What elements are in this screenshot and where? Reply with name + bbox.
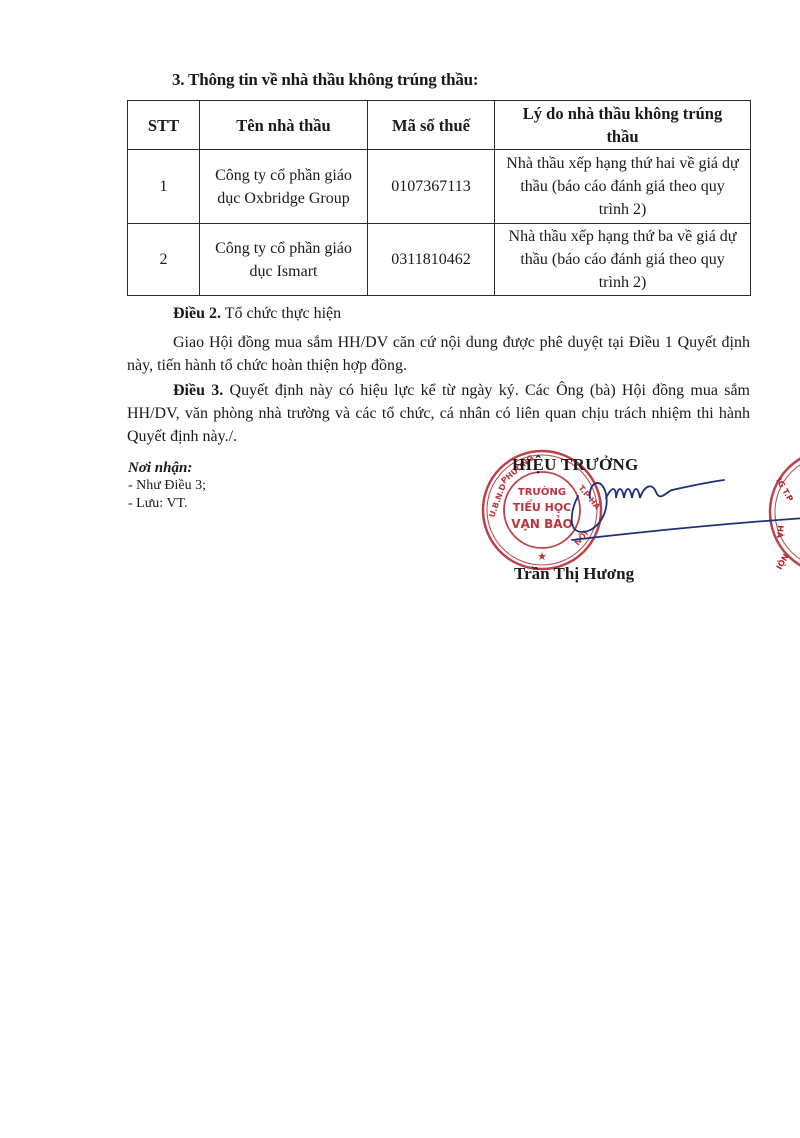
- recipients-block: Nơi nhận: - Như Điều 3; - Lưu: VT.: [128, 459, 206, 513]
- svg-text:NỘI: NỘI: [774, 552, 791, 571]
- table-header-row: STT Tên nhà thầu Mã số thuế Lý do nhà th…: [128, 101, 751, 150]
- unsuccessful-bidders-table: STT Tên nhà thầu Mã số thuế Lý do nhà th…: [127, 100, 751, 296]
- article-2-title: Tổ chức thực hiện: [221, 305, 341, 322]
- article-2-heading: Điều 2. Tổ chức thực hiện: [127, 302, 750, 325]
- cell-tax-code: 0311810462: [368, 224, 495, 296]
- table-row: 1 Công ty cổ phần giáo dục Oxbridge Grou…: [128, 150, 751, 224]
- cell-bidder-name: Công ty cổ phần giáo dục Oxbridge Group: [200, 150, 368, 224]
- svg-text:★: ★: [537, 550, 547, 563]
- header-tax-code: Mã số thuế: [368, 101, 495, 150]
- header-reason: Lý do nhà thầu không trúng thầu: [495, 101, 751, 150]
- stamp-line-1: TRƯỜNG: [518, 485, 566, 498]
- article-3: Điều 3. Quyết định này có hiệu lực kể từ…: [127, 379, 750, 448]
- header-stt: STT: [128, 101, 200, 150]
- cell-stt: 2: [128, 224, 200, 296]
- recipient-item: - Lưu: VT.: [128, 495, 206, 513]
- cell-bidder-name: Công ty cổ phần giáo dục Ismart: [200, 224, 368, 296]
- cell-tax-code: 0107367113: [368, 150, 495, 224]
- signer-name: Trần Thị Hương: [514, 564, 634, 584]
- article-3-label: Điều 3.: [173, 382, 223, 399]
- header-bidder-name: Tên nhà thầu: [200, 101, 368, 150]
- cell-stt: 1: [128, 150, 200, 224]
- recipient-item: - Như Điều 3;: [128, 477, 206, 495]
- article-2-label: Điều 2.: [173, 305, 221, 322]
- table-row: 2 Công ty cổ phần giáo dục Ismart 031181…: [128, 224, 751, 296]
- recipients-title: Nơi nhận:: [128, 459, 206, 477]
- cell-reason: Nhà thầu xếp hạng thứ hai về giá dự thầu…: [495, 150, 751, 224]
- handwritten-signature: [560, 462, 800, 542]
- cell-reason: Nhà thầu xếp hạng thứ ba về giá dự thầu …: [495, 224, 751, 296]
- section-title: 3. Thông tin về nhà thầu không trúng thầ…: [172, 70, 478, 90]
- article-2-body: Giao Hội đồng mua sắm HH/DV căn cứ nội d…: [127, 331, 750, 377]
